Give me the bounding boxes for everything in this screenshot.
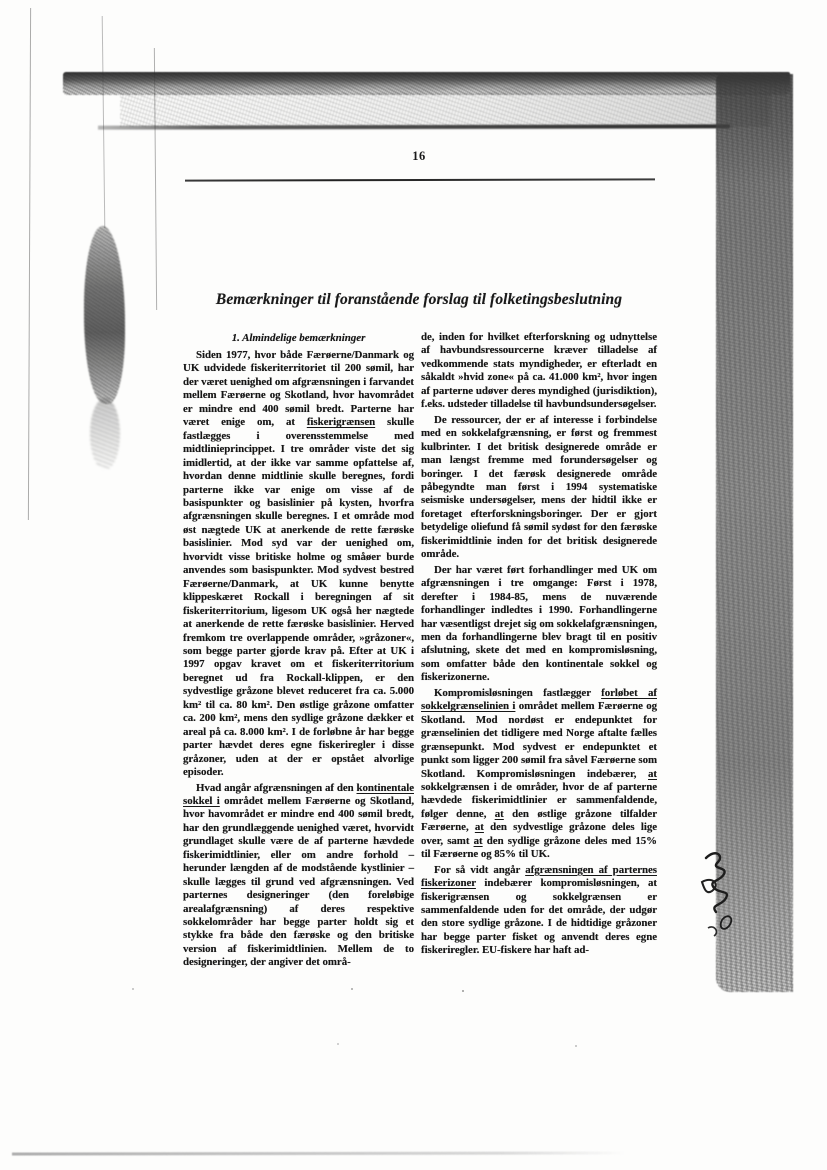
scan-noise-blob-left-tail xyxy=(90,398,120,470)
underlined-phrase: at xyxy=(474,835,483,847)
text-run: skulle fastlægges i overensstemmelse med… xyxy=(183,416,414,778)
scan-bottom-line xyxy=(12,1151,624,1155)
underlined-phrase: fiskerigrænsen xyxy=(307,416,375,428)
scan-noise-band-top xyxy=(63,72,790,95)
scan-edge-line xyxy=(102,16,106,228)
underlined-phrase: at xyxy=(475,821,484,833)
paragraph: De ressourcer, der er af interesse i for… xyxy=(421,414,657,562)
paragraph: Der har været ført forhandlinger med UK … xyxy=(421,564,657,685)
text-run: Der har været ført forhandlinger med UK … xyxy=(421,564,657,684)
page-number: 16 xyxy=(183,149,655,164)
text-run: området mellem Færøerne og Skotland, hvo… xyxy=(183,795,414,968)
text-run: De ressourcer, der er af interesse i for… xyxy=(421,414,657,561)
underlined-phrase: at xyxy=(495,808,504,820)
scan-noise-blob-left xyxy=(84,226,125,404)
scan-specks xyxy=(0,0,2,2)
right-column: de, inden for hvilket efterforskning og … xyxy=(421,331,657,960)
underlined-phrase: at xyxy=(648,768,657,780)
paragraph: de, inden for hvilket efterforskning og … xyxy=(421,331,657,412)
text-run: de, inden for hvilket efterforskning og … xyxy=(421,331,657,410)
scan-border-line xyxy=(98,124,730,129)
header-rule xyxy=(185,178,655,182)
scan-edge-line xyxy=(28,8,31,520)
text-run: Hvad angår afgrænsningen af den xyxy=(196,782,357,794)
document-title: Bemærkninger til foranstående forslag ti… xyxy=(143,291,695,309)
scan-noise-speckle-top xyxy=(120,93,770,127)
paragraph: Kompromisløsningen fastlægger forløbet a… xyxy=(421,687,657,862)
section-heading: 1. Almindelige bemærkninger xyxy=(183,331,414,345)
paragraph: Hvad angår afgrænsningen af den kontinen… xyxy=(183,782,414,970)
left-column: 1. Almindelige bemærkninger Siden 1977, … xyxy=(183,331,414,972)
paragraph: For så vidt angår afgrænsningen af parte… xyxy=(421,864,657,958)
scanned-page: 16 Bemærkninger til foranstående forslag… xyxy=(0,0,827,1170)
handwriting-scribble xyxy=(694,840,764,940)
text-run: Kompromisløsningen fastlægger xyxy=(434,687,601,699)
text-run: For så vidt angår xyxy=(434,864,525,876)
paragraph: Siden 1977, hvor både Færøerne/Danmark o… xyxy=(183,349,414,780)
